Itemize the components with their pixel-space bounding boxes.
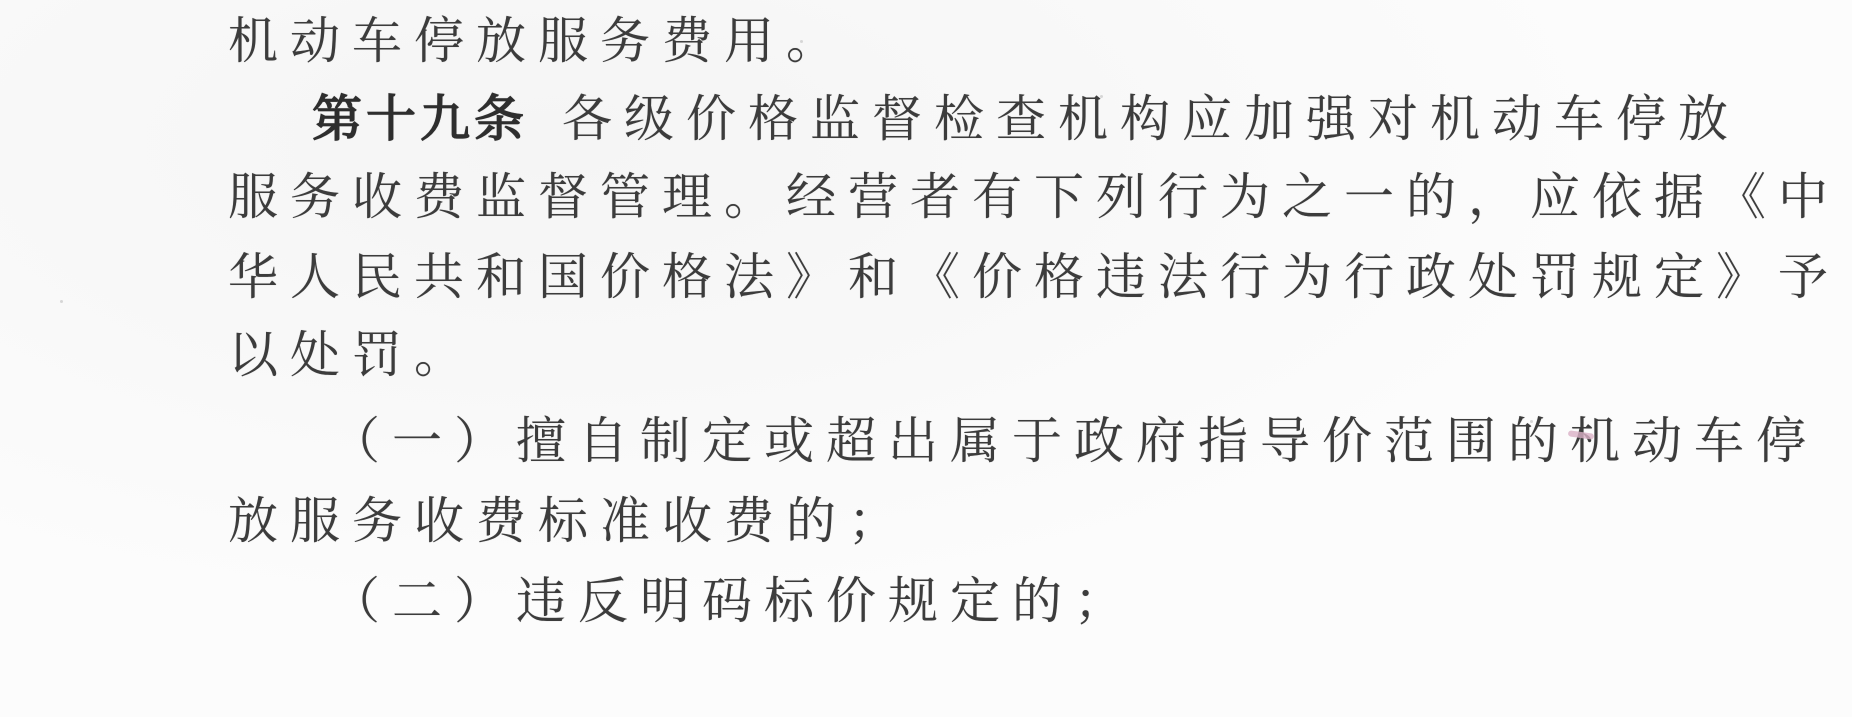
text-line: 机动车停放服务费用。 (228, 10, 848, 72)
scanned-document-page: 机动车停放服务费用。 第十九条各级价格监督检查机构应加强对机动车停放 服务收费监… (0, 0, 1852, 717)
paragraph-text: 服务收费监督管理。经营者有下列行为之一的，应依据《中 (228, 168, 1840, 226)
scan-speck (60, 300, 63, 303)
list-item-label: （二） (330, 572, 516, 630)
list-item-line: （一）擅自制定或超出属于政府指导价范围的机动车停 (330, 410, 1818, 472)
text-line: 华人民共和国价格法》和《价格违法行为行政处罚规定》予 (228, 246, 1840, 308)
paragraph-text: 华人民共和国价格法》和《价格违法行为行政处罚规定》予 (228, 248, 1840, 306)
list-item-text: 擅自制定或超出属于政府指导价范围的机动车停 (516, 412, 1818, 470)
scan-speck (1530, 420, 1533, 423)
list-item-text: 放服务收费标准收费的； (228, 492, 910, 550)
text-line: 以处罚。 (228, 324, 476, 386)
article-line: 第十九条各级价格监督检查机构应加强对机动车停放 (312, 88, 1740, 150)
paragraph-text: 机动车停放服务费用。 (228, 12, 848, 70)
scan-speck (1100, 95, 1103, 98)
list-item-label: （一） (330, 412, 516, 470)
list-item-line: （二）违反明码标价规定的； (330, 570, 1136, 632)
text-line: 放服务收费标准收费的； (228, 490, 910, 552)
list-item-text: 违反明码标价规定的； (516, 572, 1136, 630)
paragraph-text: 以处罚。 (228, 326, 476, 384)
article-heading: 第十九条 (312, 90, 528, 148)
paragraph-text: 各级价格监督检查机构应加强对机动车停放 (562, 90, 1740, 148)
scan-speck (800, 40, 803, 43)
text-line: 服务收费监督管理。经营者有下列行为之一的，应依据《中 (228, 166, 1840, 228)
